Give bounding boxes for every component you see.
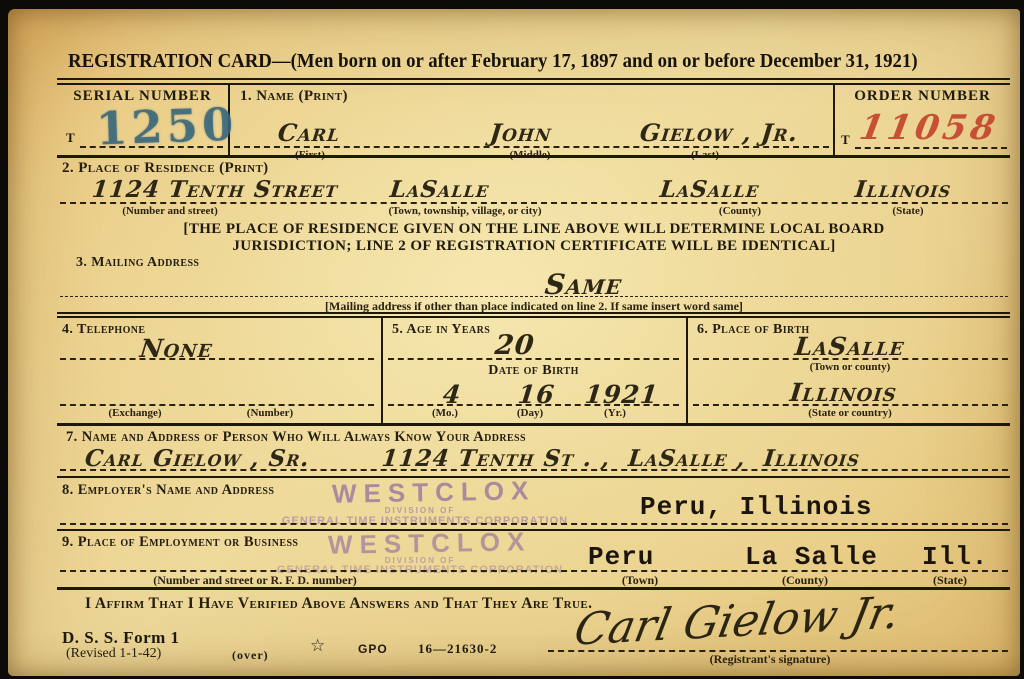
notice-line-1: [THE PLACE OF RESIDENCE GIVEN ON THE LIN… [60,221,1008,238]
contact-value: Carl Gielow , Sr. 1124 Tenth St . , LaSa… [84,445,862,472]
star-icon: ☆ [310,636,325,656]
dob-caption-month: (Mo.) [415,407,475,419]
employment-state-value: Ill. [922,542,988,572]
gpo-label: GPO [358,642,388,656]
scan-background: REGISTRATION CARD—(Men born on or after … [0,0,1024,679]
age-line [388,358,679,360]
birth-state-line [693,404,1008,406]
age-value: 20 [493,330,536,361]
telephone-line-2 [60,404,374,406]
divider-age-birth [686,318,688,424]
dob-caption-day: (Day) [500,407,560,419]
telephone-label: 4. Telephone [62,322,145,338]
dob-label: Date of Birth [388,363,679,379]
residence-caption-street: (Number and street) [85,205,255,217]
over-note: (over) [232,648,269,663]
birth-town-value: LaSalle [793,332,906,361]
affirmation-text: I Affirm That I Have Verified Above Answ… [85,595,592,613]
employment-answer-line [60,570,1008,572]
notice-line-2: JURISDICTION; LINE 2 OF REGISTRATION CER… [60,238,1008,255]
residence-county-value: LaSalle [659,176,761,203]
residence-caption-county: (County) [690,205,790,217]
divider-tel-age [381,318,383,424]
employment-caption-street: (Number and street or R. F. D. number) [110,573,400,588]
employment-caption-town: (Town) [585,573,695,588]
employment-town-value: Peru [588,542,654,572]
employer-answer-line [60,523,1008,525]
name-last-value: Gielow , Jr. [638,118,799,147]
order-number-value: 11058 [856,108,1001,148]
age-label: 5. Age in Years [392,322,490,338]
residence-caption-town: (Town, township, village, or city) [340,205,590,217]
birth-label: 6. Place of Birth [697,322,810,338]
signature-caption: (Registrant's signature) [650,652,890,667]
residence-caption-state: (State) [858,205,958,217]
westclox-stamp-1-name: WESTCLOX [332,475,536,510]
row1-bottom-rule [57,155,1010,158]
dob-caption-year: (Yr.) [585,407,645,419]
form-revised: (Revised 1-1-42) [66,646,161,662]
title-rule-2 [57,83,1010,85]
name-middle-value: John [488,118,553,147]
telephone-line-1 [60,358,374,360]
residence-label: 2. Place of Residence (Print) [62,160,269,177]
telephone-caption-exchange: (Exchange) [80,407,190,419]
row6-bottom-rule [57,423,1010,426]
card-title: REGISTRATION CARD—(Men born on or after … [68,50,918,73]
employer-value: Peru, Illinois [640,492,872,522]
form-number: D. S. S. Form 1 [62,628,180,648]
birth-state-caption: (State or country) [740,407,960,419]
serial-number-stamp: 1250 [95,98,238,156]
employment-caption-county: (County) [745,573,865,588]
contact-label: 7. Name and Address of Person Who Will A… [66,429,526,446]
mailing-bottom-rule-1 [57,312,1010,314]
residence-state-value: Illinois [854,176,953,203]
residence-town-value: LaSalle [389,176,491,203]
westclox-stamp-1-division: DIVISION OF [360,506,480,515]
residence-street-value: 1124 Tenth Street [91,176,340,203]
order-number-header: ORDER NUMBER [833,88,1012,105]
employment-label: 9. Place of Employment or Business [62,534,298,551]
name-first-value: Carl [276,118,341,147]
mailing-label: 3. Mailing Address [76,255,199,271]
row8-bottom-rule [57,529,1010,531]
birth-town-caption: (Town or county) [740,361,960,373]
contact-answer-line [60,469,1008,471]
birth-town-line [693,358,1008,360]
telephone-caption-number: (Number) [215,407,325,419]
name-label: 1. Name (Print) [240,88,348,105]
title-rule-1 [57,78,1010,80]
mailing-bottom-rule-2 [57,316,1010,318]
gpo-number: 16—21630-2 [418,641,497,657]
dob-line [388,404,679,406]
mailing-answer-line [60,296,1008,297]
order-prefix: T [841,132,851,148]
westclox-stamp-1-corp: GENERAL TIME INSTRUMENTS CORPORATION [275,515,575,527]
birth-state-value: Illinois [788,378,898,407]
serial-prefix: T [66,130,76,146]
employer-label: 8. Employer's Name and Address [62,482,274,499]
employment-county-value: La Salle [745,542,878,572]
employment-caption-state: (State) [895,573,1005,588]
